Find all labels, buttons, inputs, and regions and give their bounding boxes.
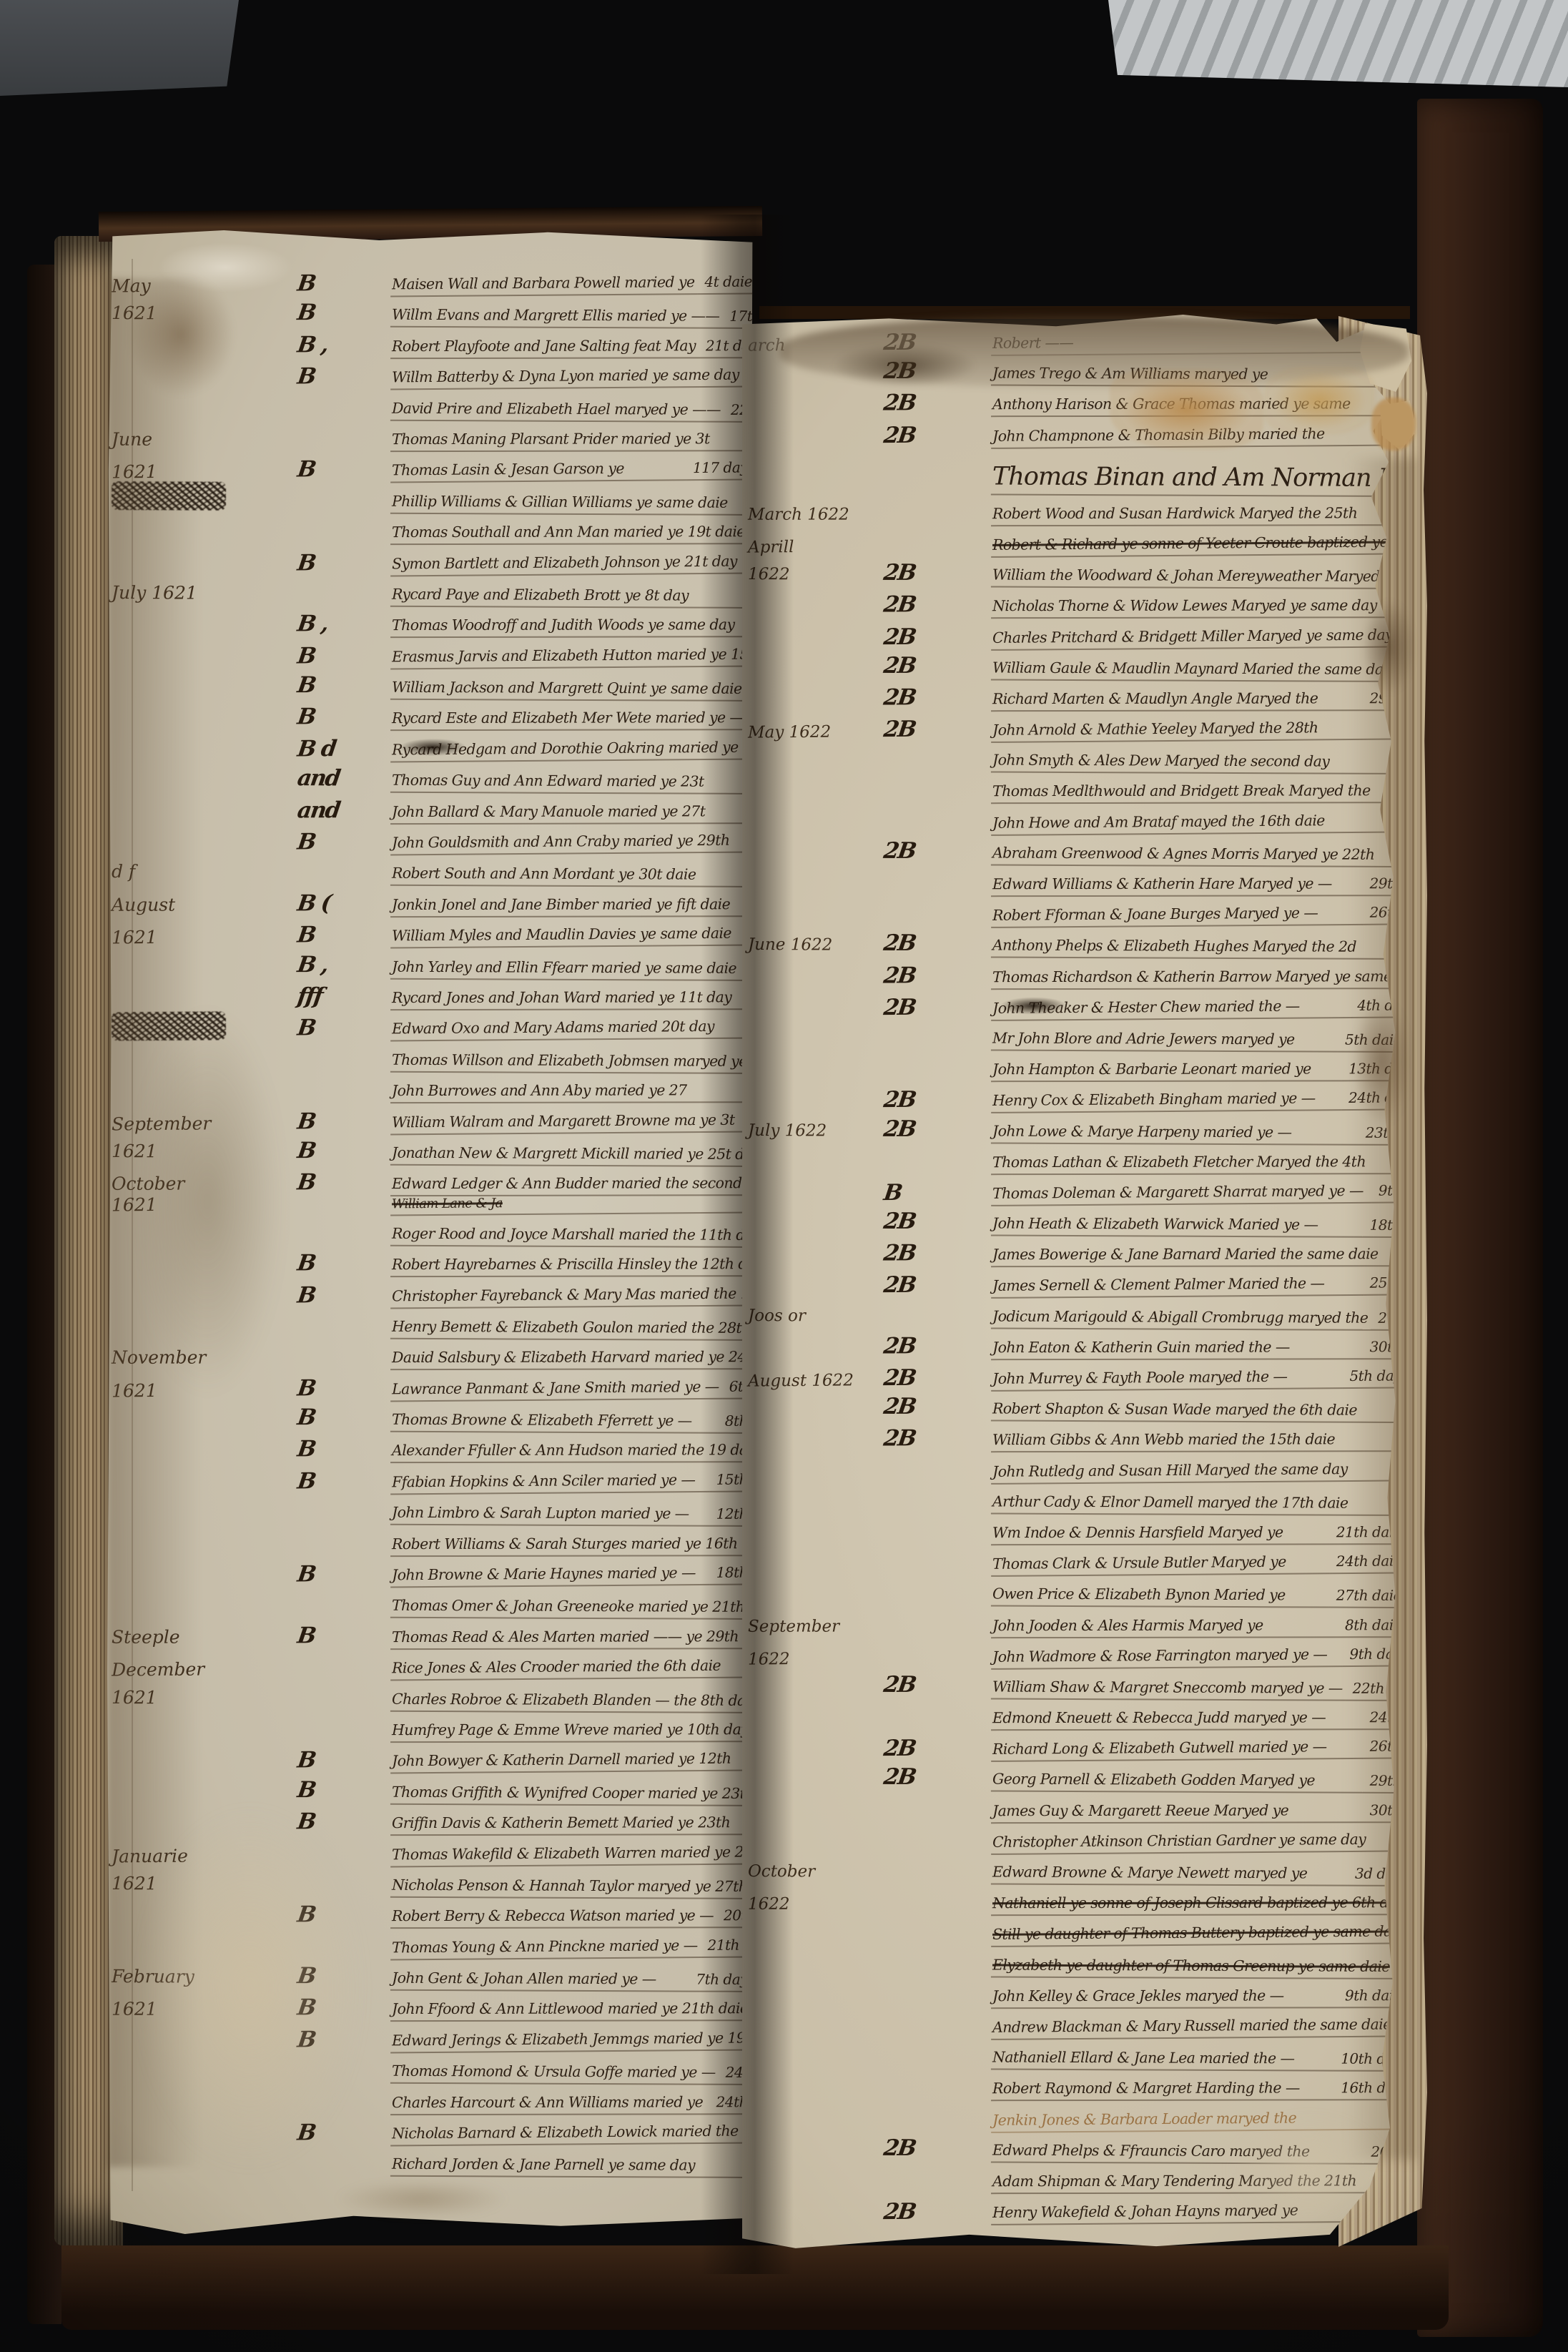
register-entry: BThomas Doleman & Margarett Sharrat mary… xyxy=(748,1172,1403,1208)
entry-text: John Lowe & Marye Harpeny maried ye — xyxy=(991,1122,1359,1145)
register-entry: Charles Harcourt & Ann Williams maried y… xyxy=(112,2084,749,2116)
margin-note: 1621 xyxy=(112,1873,297,1897)
register-entry: Adam Shipman & Mary Tendering Maryed the… xyxy=(748,2162,1403,2195)
margin-note xyxy=(748,802,884,804)
license-mark: and xyxy=(295,766,393,794)
margin-note: 1622 xyxy=(748,565,884,587)
register-entry: May 16222BJohn Arnold & Mathie Yeeley Ma… xyxy=(748,709,1403,744)
entry-text: Edmond Kneuett & Rebecca Judd maryed ye … xyxy=(991,1709,1363,1731)
register-entry: Richard Jorden & Jane Parnell ye same da… xyxy=(112,2145,749,2178)
register-entry: BWillm Batterby & Dyna Lyon maried ye sa… xyxy=(112,357,749,393)
license-mark: 2B xyxy=(882,838,993,866)
license-mark: B xyxy=(295,1995,392,2022)
entry-text: Charles Harcourt & Ann Williams maried y… xyxy=(390,2093,709,2115)
license-mark: B xyxy=(295,1405,393,1433)
margin-note xyxy=(112,1429,297,1432)
entry-text: Thomas Griffith & Wynifred Cooper maried… xyxy=(390,1783,757,1806)
entry-text: Thomas Doleman & Margarett Sharrat marye… xyxy=(991,1182,1371,1206)
margin-note: July 1621 xyxy=(112,582,297,606)
entry-date: 24th daie xyxy=(1329,1553,1403,1575)
license-mark xyxy=(297,544,390,546)
register-entry: OctoberEdward Browne & Marye Newett mary… xyxy=(748,1853,1403,1886)
license-mark: fff xyxy=(295,983,392,1010)
margin-note xyxy=(748,676,884,680)
register-entry: B dRycard Hedgam and Dorothie Oakring ma… xyxy=(112,729,749,764)
entry-text: Thomas Richardson & Katherin Barrow Mary… xyxy=(991,968,1403,990)
margin-note: October xyxy=(748,1862,884,1884)
margin-note xyxy=(748,1696,884,1699)
margin-note: 1621 xyxy=(112,1687,297,1711)
register-entry: 1621BJohn Ffoord & Ann Littlewood maried… xyxy=(112,1991,749,2023)
margin-note: February xyxy=(112,1967,297,1991)
license-mark: B xyxy=(296,1561,393,1589)
entry-text: Charles Pritchard & Bridgett Miller Mary… xyxy=(991,626,1403,651)
register-entry: Phillip Williams & Gillian Williams ye s… xyxy=(112,482,749,516)
entry-text: Anthony Phelps & Elizabeth Hughes Maryed… xyxy=(991,937,1403,960)
entry-text: John Champnone & Thomasin Bilby maried t… xyxy=(991,424,1403,449)
entry-text: John Kelley & Grace Jekles maryed the — xyxy=(991,1987,1338,2009)
license-mark: B xyxy=(296,549,393,577)
entry-text: Jodicum Marigould & Abigall Crombrugg ma… xyxy=(991,1307,1371,1330)
margin-note: 1621 xyxy=(112,1141,297,1165)
license-mark: B xyxy=(296,1468,393,1496)
entry-text: Still ye daughter of Thomas Buttery bapt… xyxy=(991,1923,1407,1948)
entry-text: Thomas Omer & Johan Greeneoke maried ye … xyxy=(390,1598,749,1620)
entry-text: Richard Marten & Maudlyn Angle Maryed th… xyxy=(991,689,1363,712)
entry-text: Robert Raymond & Margret Harding the — xyxy=(991,2080,1333,2102)
register-entry: John Rutledg and Susan Hill Maryed the s… xyxy=(748,1450,1403,1486)
entry-text: Edward Phelps & Ffrauncis Caro maryed th… xyxy=(991,2141,1364,2164)
entry-text: Georg Parnell & Elizabeth Godden Maryed … xyxy=(991,1771,1363,1793)
entry-text: Maisen Wall and Barbara Powell maried ye xyxy=(390,273,698,297)
register-entry: 1621BWillm Evans and Margrett Ellis mari… xyxy=(112,295,749,329)
license-mark: 2B xyxy=(882,1116,993,1144)
entry-text: John Theaker & Hester Chew maried the — xyxy=(991,997,1350,1021)
entry-text: Edward Jerings & Elizabeth Jemmgs maried… xyxy=(390,2029,797,2053)
margin-note xyxy=(748,2066,884,2070)
license-mark: 2B xyxy=(882,1764,993,1792)
entry-text: Thomas Lasin & Jesan Garson ye xyxy=(390,460,686,483)
license-mark: 2B xyxy=(882,560,993,588)
entry-text: Thomas Browne & Elizabeth Fferrett ye — xyxy=(390,1411,718,1434)
register-entry: fffRycard Jones and Johan Ward maried ye… xyxy=(112,979,749,1011)
entry-text: William Myles and Maudlin Davies ye same… xyxy=(390,925,749,949)
register-entry: BWilliam Jackson and Margrett Quint ye s… xyxy=(112,668,749,702)
margin-note xyxy=(112,1068,297,1072)
margin-note xyxy=(112,1101,297,1104)
register-entry: 2BRichard Marten & Maudlyn Angle Maryed … xyxy=(748,680,1403,712)
license-mark xyxy=(884,1512,991,1515)
register-entry: Roger Rood and Joyce Marshall maried the… xyxy=(112,1214,749,1248)
license-mark xyxy=(884,2100,991,2102)
margin-note xyxy=(748,1047,884,1050)
entry-text: Anthony Harison & Grace Thomas maried ye… xyxy=(991,395,1403,418)
register-entry: Thomas Southall and Ann Man maried ye 19… xyxy=(112,513,749,546)
margin-note xyxy=(748,2159,884,2162)
license-mark: B xyxy=(882,1179,993,1207)
license-mark: 2B xyxy=(882,1735,993,1763)
entry-text: Alexander Ffuller & Ann Hudson maried th… xyxy=(390,1442,759,1464)
margin-note xyxy=(112,1834,297,1836)
register-entry: Elyzabeth ye daughter of Thomas Greenup … xyxy=(748,1946,1403,1979)
register-entry: 2BAbraham Greenwood & Agnes Morris Marye… xyxy=(748,834,1403,867)
license-mark xyxy=(884,1327,991,1329)
register-entry: 2BRichard Long & Elizabeth Gutwell marie… xyxy=(748,1728,1403,1764)
entry-text: Thomas Lathan & Elizabeth Fletcher Marye… xyxy=(991,1153,1403,1175)
register-entry: 2BJohn Eaton & Katherin Guin maried the … xyxy=(748,1329,1403,1361)
license-mark: 2B xyxy=(882,1086,993,1114)
margin-note: July 1622 xyxy=(748,1121,884,1143)
entry-text: John Bowyer & Katherin Darnell maried ye… xyxy=(390,1750,749,1774)
entry-text: Willm Evans and Margrett Ellis maried ye… xyxy=(390,307,722,330)
register-entry: 1622Nathaniell ye sonne of Joseph Clissa… xyxy=(748,1884,1403,1916)
license-mark xyxy=(884,803,991,804)
license-mark xyxy=(884,493,991,496)
register-entry: FebruaryBJohn Gent & Johan Allen maried … xyxy=(112,1959,749,1992)
register-entry: Christopher Atkinson Christian Gardner y… xyxy=(748,1821,1403,1856)
margin-note xyxy=(112,1011,297,1044)
margin-note xyxy=(748,415,884,418)
margin-note xyxy=(748,862,884,865)
register-entry: March 1622Robert Wood and Susan Hardwick… xyxy=(748,495,1403,527)
license-mark: 2B xyxy=(882,716,993,744)
register-entry: BJohn Browne & Marie Haynes maried ye —1… xyxy=(112,1555,749,1590)
register-entry: JanuarieThomas Wakefild & Elizabeth Warr… xyxy=(112,1834,749,1869)
register-entry: July 1621Rycard Paye and Elizabeth Brott… xyxy=(112,575,749,609)
entry-date: 7th day xyxy=(689,1971,749,1992)
license-mark: B xyxy=(295,1623,392,1650)
entry-text: Mr John Blore and Adrie Jewers maryed ye xyxy=(991,1030,1338,1053)
entry-text: James Bowerige & Jane Barnard Maried the… xyxy=(991,1246,1403,1268)
license-mark: 2B xyxy=(882,1272,993,1300)
register-entry: BChristopher Fayrebanck & Mary Mas marie… xyxy=(112,1275,749,1311)
right-page-entries: arch2BRobert ——arie2BJames Trego & Am Wi… xyxy=(742,315,1410,2225)
register-entry: 2BJohn Champnone & Thomasin Bilby maried… xyxy=(748,415,1403,451)
license-mark: 2B xyxy=(882,1426,992,1453)
entry-text: Robert South and Ann Mordant ye 30t daie xyxy=(390,865,749,888)
entry-text: Robert —— xyxy=(991,332,1368,356)
license-mark: 2B xyxy=(882,930,993,958)
register-entry: 1622John Wadmore & Rose Farrington marye… xyxy=(748,1635,1403,1671)
margin-note: Joos or xyxy=(748,1307,884,1329)
license-mark: B , xyxy=(295,952,393,980)
margin-note: d f xyxy=(112,862,297,886)
entry-text: Willm Batterby & Dyna Lyon maried ye sam… xyxy=(390,366,749,390)
entry-text: Robert Hayrebarnes & Priscilla Hinsley t… xyxy=(390,1256,771,1278)
license-mark xyxy=(884,2007,991,2009)
register-entry: July 16222BJohn Lowe & Marye Harpeny mar… xyxy=(748,1112,1403,1146)
license-mark: 2B xyxy=(882,1364,993,1392)
margin-note xyxy=(112,1927,297,1929)
register-entry: Thomas Omer & Johan Greeneoke maried ye … xyxy=(112,1586,749,1620)
register-entry: 2BJames Sernell & Clement Palmer Maried … xyxy=(748,1265,1403,1301)
register-entry: B ,John Yarley and Ellin Ffearr maried y… xyxy=(112,948,749,981)
license-mark: B xyxy=(296,2027,393,2055)
margin-note xyxy=(748,2192,884,2195)
entry-text: Thomas Woodroff and Judith Woods ye same… xyxy=(390,616,749,639)
register-entry: BAlexander Ffuller & Ann Hudson maried t… xyxy=(112,1432,749,1465)
margin-note xyxy=(112,1801,297,1804)
register-entry: Joos orJodicum Marigould & Abigall Cromb… xyxy=(748,1297,1403,1331)
margin-note xyxy=(748,1728,884,1731)
entry-text: Robert Playfoote and Jane Salting feat M… xyxy=(390,338,699,360)
register-entry: 2BRobert Shapton & Susan Wade maryed the… xyxy=(748,1389,1403,1423)
license-mark: 2B xyxy=(882,1209,993,1236)
margin-note xyxy=(112,822,297,825)
entry-text: Thomas Willson and Elizabeth Jobmsen mar… xyxy=(390,1051,772,1074)
register-entry: SeptemberBWilliam Walram and Margarett B… xyxy=(112,1101,749,1137)
license-mark: B xyxy=(295,1777,393,1805)
entry-text: John Smyth & Ales Dew Maryed the second … xyxy=(991,752,1403,775)
margin-note xyxy=(112,636,297,639)
margin-note xyxy=(748,1974,884,1977)
entry-text: James Guy & Margarett Reeue Maryed ye xyxy=(991,1801,1363,1824)
entry-text: Rycard Este and Elizabeth Mer Wete marie… xyxy=(390,709,746,732)
entry-text: John Howe and Am Brataf mayed the 16th d… xyxy=(991,811,1403,836)
entry-text: Humfrey Page & Emme Wreve maried ye 10th… xyxy=(390,1721,751,1743)
margin-note xyxy=(748,1603,884,1607)
entry-text: James Sernell & Clement Palmer Maried th… xyxy=(991,1274,1363,1299)
margin-note: June 1622 xyxy=(748,936,884,958)
license-mark: 2B xyxy=(882,2135,993,2163)
entry-text: William Lane & Ja xyxy=(390,1194,749,1216)
register-entry: BEdward Oxo and Mary Adams maried 20t da… xyxy=(112,1008,749,1044)
entry-text: Thomas Homond & Ursula Goffe maried ye — xyxy=(390,2062,719,2085)
entry-text: Richard Long & Elizabeth Gutwell maried … xyxy=(991,1738,1363,1762)
register-entry: d fRobert South and Ann Mordant ye 30t d… xyxy=(112,854,749,887)
register-entry: BFfabian Hopkins & Ann Sciler maried ye … xyxy=(112,1461,749,1497)
license-mark: B xyxy=(295,673,393,701)
register-entry: SeptemberJohn Jooden & Ales Harmis Marye… xyxy=(748,1607,1403,1639)
margin-note xyxy=(112,1615,297,1618)
register-entry: Thomas Lathan & Elizabeth Fletcher Marye… xyxy=(748,1143,1403,1176)
margin-note xyxy=(748,1232,884,1236)
license-mark: 2B xyxy=(882,329,993,357)
register-entry: BErasmus Jarvis and Elizabeth Hutton mar… xyxy=(112,636,749,671)
register-entry: Thomas Binan and Am Norman Maried the 2 xyxy=(748,447,1403,497)
register-entry: Robert Fforman & Joane Burges Maryed ye … xyxy=(748,895,1403,930)
license-mark: B xyxy=(296,642,393,670)
entry-text: Lawrance Panmant & Jane Smith maried ye … xyxy=(390,1378,722,1402)
entry-text: Robert Shapton & Susan Wade maryed the 6… xyxy=(991,1400,1403,1424)
entry-text: Rice Jones & Ales Crooder maried the 6th… xyxy=(390,1657,749,1681)
margin-note xyxy=(112,356,297,359)
register-entry: arch2BRobert ——arie xyxy=(748,322,1403,358)
entry-text: Christopher Atkinson Christian Gardner y… xyxy=(991,1830,1403,1855)
margin-note xyxy=(112,2080,297,2084)
margin-note: June xyxy=(112,429,297,453)
entry-text: John Limbro & Sarah Lupton maried ye — xyxy=(390,1504,709,1527)
entry-text: John Ballard & Mary Manuole maried ye 27… xyxy=(390,802,749,825)
license-mark: B xyxy=(296,2120,393,2147)
register-entry: 2BNicholas Thorne & Widow Lewes Maryed y… xyxy=(748,588,1403,620)
license-mark xyxy=(884,1173,991,1175)
margin-note xyxy=(748,709,884,712)
margin-note: September xyxy=(748,1617,884,1638)
license-mark: B ( xyxy=(295,890,392,917)
license-mark: 2B xyxy=(882,390,992,418)
margin-note xyxy=(112,1554,297,1557)
register-entry: BJohn Gouldsmith and Ann Craby maried ye… xyxy=(112,822,749,858)
license-mark: B xyxy=(296,1015,393,1043)
entry-text: Robert & Richard ye sonne of Yeeter Crou… xyxy=(991,533,1403,559)
entry-text: John Ffoord & Ann Littlewood maried ye 2… xyxy=(390,2000,751,2022)
margin-note: 1621 xyxy=(112,1999,297,2022)
entry-text: John Rutledg and Susan Hill Maryed the s… xyxy=(991,1460,1403,1485)
entry-text: Thomas Wakefild & Elizabeth Warren marie… xyxy=(390,1843,804,1868)
register-entry: John Burrowes and Ann Aby maried ye 27 xyxy=(112,1072,749,1104)
license-mark: B xyxy=(296,922,393,950)
register-entry: Edward Williams & Katherin Hare Maryed y… xyxy=(748,865,1403,897)
margin-note xyxy=(748,616,884,619)
entry-text: John Wadmore & Rose Farrington maryed ye… xyxy=(991,1645,1343,1670)
entry-text: Henry Cox & Elizabeth Bingham maried ye … xyxy=(991,1090,1341,1114)
entry-text: Henry Bemett & Elizabeth Goulon maried t… xyxy=(390,1318,754,1341)
entry-text: Thomas Read & Ales Marten maried —— ye 2… xyxy=(390,1628,749,1650)
license-mark xyxy=(297,2175,390,2178)
margin-note xyxy=(112,697,297,700)
register-entry: 1621BThomas Lasin & Jesan Garson ye117 d… xyxy=(112,450,749,486)
register-entry: Arthur Cady & Elnor Damell maryed the 17… xyxy=(748,1482,1403,1516)
register-entry: 1621BLawrance Panmant & Jane Smith marie… xyxy=(112,1368,749,1404)
margin-note xyxy=(748,1788,884,1792)
register-entry: Humfrey Page & Emme Wreve maried ye 10th… xyxy=(112,1711,749,1743)
register-entry: 2BCharles Pritchard & Bridgett Miller Ma… xyxy=(748,616,1403,652)
register-entry: B ,Robert Playfoote and Jane Salting fea… xyxy=(112,328,749,360)
register-entry: 1621Nicholas Penson & Hannah Taylor mary… xyxy=(112,1866,749,1899)
margin-note xyxy=(748,769,884,772)
entry-text: Ffabian Hopkins & Ann Sciler maried ye — xyxy=(390,1471,709,1495)
register-entry: John Smyth & Ales Dew Maryed the second … xyxy=(748,741,1403,774)
register-entry: 2BJohn Theaker & Hester Chew maried the … xyxy=(748,987,1403,1023)
register-entry: BGriffin Davis & Katherin Bemett Maried … xyxy=(112,1804,749,1836)
margin-note: August xyxy=(112,895,297,918)
margin-note xyxy=(112,729,297,732)
license-mark: B d xyxy=(296,736,393,764)
register-entry: BThomas Browne & Elizabeth Fferrett ye —… xyxy=(112,1400,749,1434)
register-entry: 2BJohn Heath & Elizabeth Warwick Maried … xyxy=(748,1204,1403,1238)
entry-text: Thomas Medlthwould and Bridgett Break Ma… xyxy=(991,782,1403,804)
book-bottom-edge xyxy=(61,2245,1449,2330)
entry-text: Thomas Maning Plarsant Prider maried ye … xyxy=(390,430,749,453)
register-entry: JuneThomas Maning Plarsant Prider maried… xyxy=(112,420,749,453)
register-photograph: Photograph of an open handwritten parish… xyxy=(0,0,1568,2352)
margin-note xyxy=(112,417,297,420)
license-mark: 2B xyxy=(882,653,993,681)
license-mark: 2B xyxy=(882,1333,992,1360)
register-entry: 2BWilliam Gibbs & Ann Webb maried the 15… xyxy=(748,1422,1403,1454)
book-cover-right xyxy=(1417,99,1543,2337)
license-mark xyxy=(884,1822,991,1824)
entry-text: Dauid Salsbury & Elizabeth Harvard marie… xyxy=(390,1349,764,1371)
register-entry: Thomas Clark & Ursule Butler Maryed ye24… xyxy=(748,1543,1403,1579)
license-mark: B xyxy=(295,1251,392,1278)
entry-text: Adam Shipman & Mary Tendering Maryed the… xyxy=(991,2172,1403,2194)
license-mark: B xyxy=(296,363,393,391)
margin-note xyxy=(748,895,884,897)
license-mark: 2B xyxy=(882,358,993,386)
register-entry: 1621BWilliam Myles and Maudlin Davies ye… xyxy=(112,915,749,951)
entry-text: John Hampton & Barbarie Leonart maried y… xyxy=(991,1061,1341,1083)
entry-text: Robert Berry & Rebecca Watson maried ye … xyxy=(390,1907,716,1929)
entry-text: William Jackson and Margrett Quint ye sa… xyxy=(390,679,749,702)
entry-date: 117 day xyxy=(686,459,749,481)
entry-text: Wm Indoe & Dennis Harsfield Maryed ye xyxy=(991,1524,1329,1546)
license-mark: 2B xyxy=(882,1241,992,1268)
entry-text: Edward Browne & Marye Newett maryed ye xyxy=(991,1864,1348,1886)
register-entry: BRycard Este and Elizabeth Mer Wete mari… xyxy=(112,700,749,732)
book-top-edge-right xyxy=(759,306,1410,319)
entry-text: John Heath & Elizabeth Warwick Maried ye… xyxy=(991,1215,1363,1238)
margin-note xyxy=(748,1417,884,1421)
entry-text: Elyzabeth ye daughter of Thomas Greenup … xyxy=(991,1956,1403,1979)
margin-note xyxy=(748,987,884,990)
margin-note xyxy=(748,1357,884,1360)
entry-text: William Walram and Margarett Browne ma y… xyxy=(390,1111,749,1135)
ink-scribble xyxy=(112,1012,226,1041)
margin-note xyxy=(748,1543,884,1546)
license-mark: B xyxy=(295,1809,392,1836)
entry-text: Griffin Davis & Katherin Bemett Maried y… xyxy=(390,1814,749,1836)
backdrop-panel-left xyxy=(0,0,239,96)
register-entry: 2BWilliam Shaw & Margret Sneccomb maryed… xyxy=(748,1668,1403,1701)
license-mark: 2B xyxy=(882,994,993,1022)
register-entry: 2BHenry Wakefield & Johan Hayns maryed y… xyxy=(748,2191,1403,2227)
margin-note xyxy=(112,481,297,513)
margin-note xyxy=(748,1172,884,1175)
margin-note xyxy=(748,1080,884,1083)
margin-note: Steeple xyxy=(112,1627,297,1650)
register-entry: andThomas Guy and Ann Edward maried ye 2… xyxy=(112,761,749,794)
entry-text: Nathaniell Ellard & Jane Lea maried the … xyxy=(991,2049,1333,2072)
register-entry: Edmond Kneuett & Rebecca Judd maryed ye … xyxy=(748,1699,1403,1731)
entry-text: John Gent & Johan Allen maried ye — xyxy=(390,1969,689,1992)
license-mark xyxy=(884,1049,991,1051)
register-entry: Robert Williams & Sarah Sturges maried y… xyxy=(112,1525,749,1558)
entry-text: John Gouldsmith and Ann Craby maried ye … xyxy=(390,832,749,856)
margin-note xyxy=(112,975,297,979)
margin-note xyxy=(748,1450,884,1453)
register-entry: John Kelley & Grace Jekles maryed the —9… xyxy=(748,1977,1403,2009)
license-mark: 2B xyxy=(882,1672,993,1700)
entry-text: John Jooden & Ales Harmis Maryed ye xyxy=(991,1616,1338,1638)
entry-text: Andrew Blackman & Mary Russell maried th… xyxy=(991,2016,1403,2041)
license-mark xyxy=(884,525,991,526)
entry-text: Jenkin Jones & Barbara Loader maryed the xyxy=(991,2108,1386,2132)
license-mark: B xyxy=(295,1964,393,1992)
register-page-right: arch2BRobert ——arie2BJames Trego & Am Wi… xyxy=(742,315,1410,2254)
license-mark: B xyxy=(296,1374,393,1402)
entry-text: Robert Williams & Sarah Sturges maried y… xyxy=(390,1535,749,1557)
license-mark: 2B xyxy=(882,2198,993,2226)
register-entry: Owen Price & Elizabeth Bynon Maried ye27… xyxy=(748,1575,1403,1608)
margin-note xyxy=(748,1821,884,1824)
ink-scribble xyxy=(112,481,226,511)
register-entry: Andrew Blackman & Mary Russell maried th… xyxy=(748,2006,1403,2042)
register-entry: andJohn Ballard & Mary Manuole maried ye… xyxy=(112,793,749,825)
register-entry: 2BEdward Phelps & Ffrauncis Caro maryed … xyxy=(748,2131,1403,2165)
entry-text: Symon Bartlett and Elizabeth Johnson ye … xyxy=(390,552,749,576)
backdrop-panel-striped xyxy=(1108,0,1568,87)
entry-text: Robert Fforman & Joane Burges Maryed ye … xyxy=(991,904,1363,928)
margin-note xyxy=(112,543,297,546)
license-mark: B xyxy=(295,1437,392,1464)
entry-text: John Murrey & Fayth Poole maryed the — xyxy=(991,1367,1343,1392)
entry-text: Rycard Jones and Johan Ward maried ye 11… xyxy=(390,989,749,1011)
register-entry: Henry Bemett & Elizabeth Goulon maried t… xyxy=(112,1307,749,1341)
register-entry: Nathaniell Ellard & Jane Lea maried the … xyxy=(748,2038,1403,2072)
entry-text: Nathaniell ye sonne of Joseph Clissard b… xyxy=(991,1894,1408,1916)
